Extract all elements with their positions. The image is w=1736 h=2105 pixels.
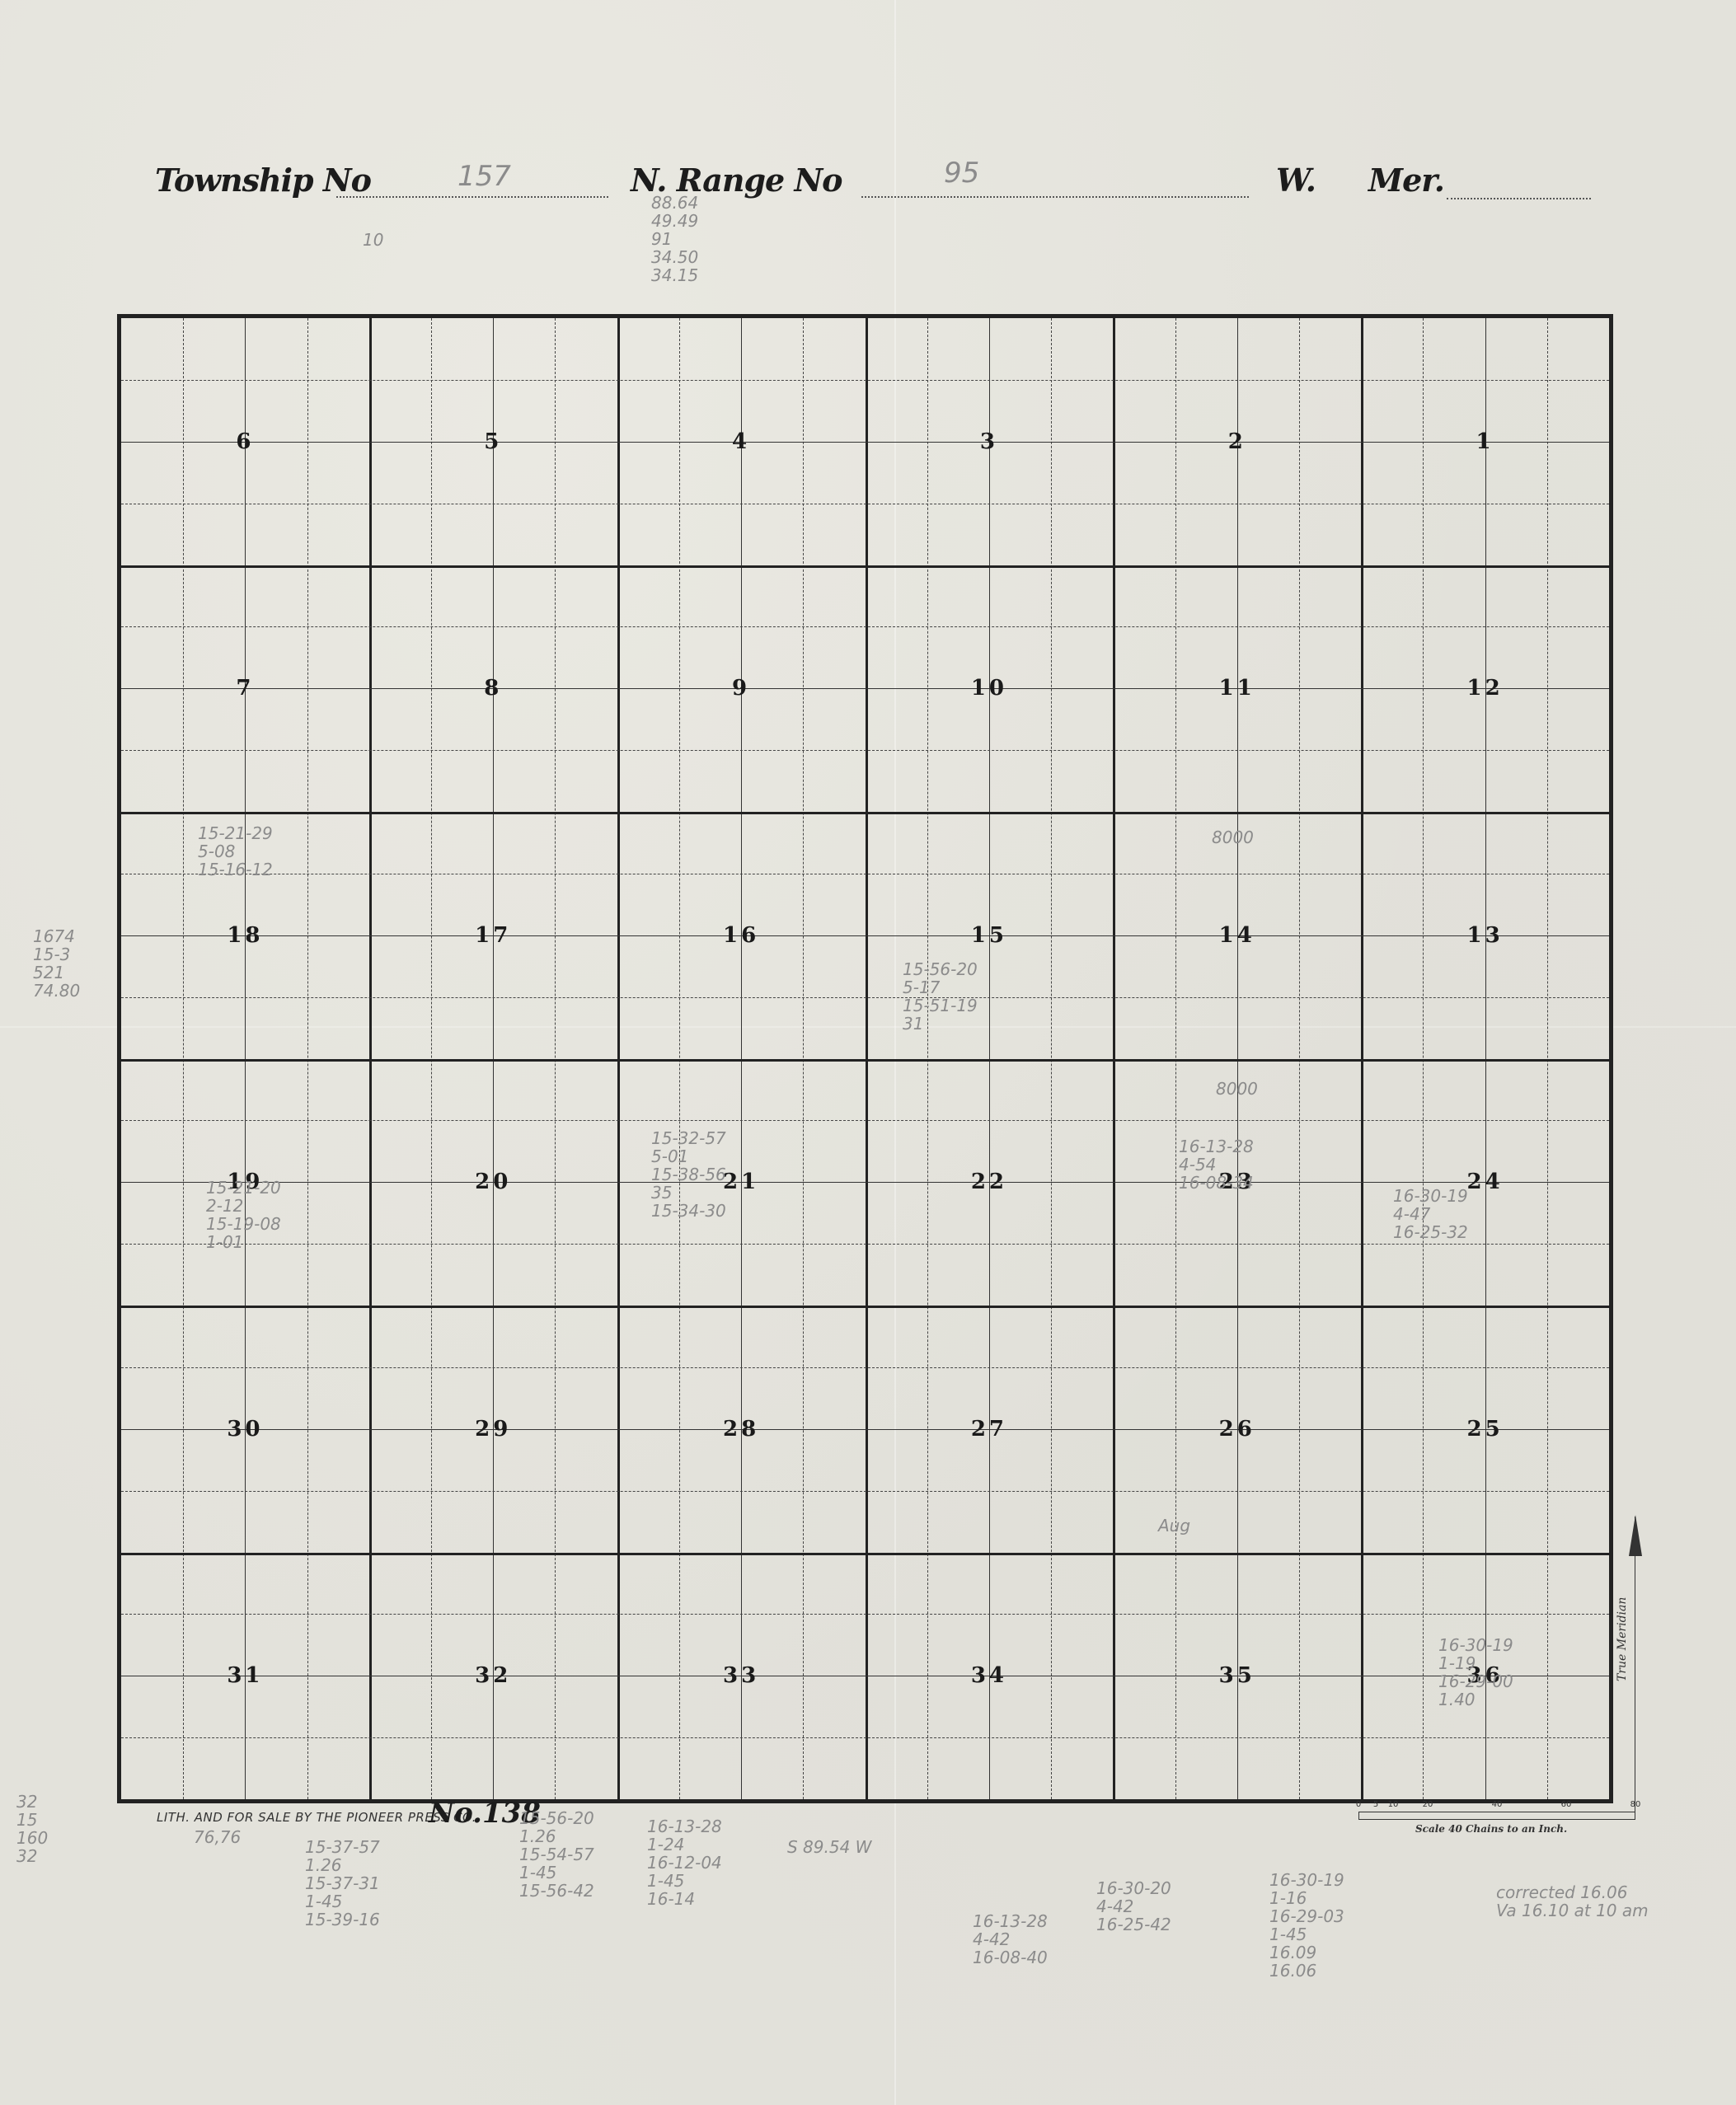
- section-number: 22: [971, 1170, 1007, 1194]
- pencil-note-bottom-right-calc-1: 16-13-28 4-42 16-08-40: [973, 1912, 1048, 1967]
- pencil-note-sec-21-note: 15-32-57 5-01 15-38-56 35 15-34-30: [651, 1129, 726, 1220]
- meridian-header-label: Mer.: [1368, 162, 1444, 199]
- range-value: 95: [944, 158, 979, 189]
- section-line-horizontal: [121, 1553, 1609, 1555]
- section-number: 5: [484, 429, 502, 454]
- direction-label: W.: [1276, 162, 1316, 199]
- section-number: 31: [227, 1663, 263, 1688]
- pencil-note-sec-15-note: 15-56-20 5-17 15-51-19 31: [903, 960, 978, 1033]
- township-label: Township No: [155, 162, 371, 199]
- section-number: 3: [980, 429, 998, 454]
- scale-tick-label: 0: [1356, 1800, 1361, 1809]
- section-line-horizontal: [121, 1306, 1609, 1308]
- sixteenth-line-horizontal: [121, 997, 1609, 998]
- pencil-note-bottom-circled-calc: 16-13-28 1-24 16-12-04 1-45 16-14: [647, 1817, 722, 1908]
- sixteenth-line-horizontal: [121, 1737, 1609, 1738]
- township-value: 157: [457, 162, 511, 192]
- pencil-note-bottom-right-calc-3: 16-30-19 1-16 16-29-03 1-45 16.09 16.06: [1269, 1871, 1344, 1980]
- section-number: 8: [484, 676, 502, 701]
- quarter-line-horizontal: [121, 1429, 1609, 1430]
- quarter-line-horizontal: [121, 442, 1609, 443]
- sixteenth-line-horizontal: [121, 380, 1609, 381]
- true-meridian-label: True Meridian: [1616, 1597, 1629, 1681]
- section-number: 17: [475, 923, 511, 948]
- scale-caption: Scale 40 Chains to an Inch.: [1415, 1823, 1567, 1835]
- pencil-note-sec-18-note: 15-21-29 5-08 15-16-12: [198, 824, 273, 879]
- sixteenth-line-horizontal: [121, 1367, 1609, 1368]
- section-number: 16: [723, 923, 759, 948]
- section-number: 14: [1219, 923, 1255, 948]
- section-number: 20: [475, 1170, 511, 1194]
- pencil-note-top-calc: 88.64 49.49 91 34.50 34.15: [651, 194, 698, 284]
- scale-bar: [1358, 1812, 1635, 1820]
- scale-tick-label: 40: [1492, 1800, 1503, 1809]
- section-number: 12: [1466, 676, 1503, 701]
- section-number: 7: [236, 676, 254, 701]
- pencil-note-bottom-left-calc: 15-37-57 1.26 15-37-31 1-45 15-39-16: [305, 1838, 380, 1929]
- quarter-line-horizontal: [121, 688, 1609, 689]
- scale-tick-label: 20: [1423, 1800, 1433, 1809]
- pencil-note-sec-14-bottom: 8000: [1216, 1080, 1258, 1098]
- scale-tick-label: 5: [1373, 1800, 1378, 1809]
- pencil-note-sec-23-note: 16-13-28 4-54 16-08-34: [1179, 1137, 1254, 1192]
- section-number: 18: [227, 923, 263, 948]
- pencil-note-bottom-right-calc-2: 16-30-20 4-42 16-25-42: [1096, 1879, 1171, 1934]
- section-number: 24: [1466, 1170, 1503, 1194]
- pencil-note-sec-26-aug: Aug: [1158, 1517, 1190, 1535]
- section-line-horizontal: [121, 812, 1609, 814]
- section-number: 28: [723, 1417, 759, 1442]
- pencil-note-sec-11-bottom: 8000: [1212, 828, 1254, 846]
- section-number: 32: [475, 1663, 511, 1688]
- pencil-note-left-margin-calc: 1674 15-3 521 74.80: [33, 927, 80, 1000]
- pencil-note-sec-36-note: 16-30-19 1-19 16-29-00 1.40: [1438, 1636, 1513, 1709]
- pencil-note-sec-19-note: 15-21-20 2-12 15-19-08 1-01: [206, 1179, 281, 1251]
- section-number: 1: [1476, 429, 1494, 454]
- section-number: 13: [1466, 923, 1503, 948]
- meridian-dotted-line: [1447, 198, 1591, 199]
- scale-tick-label: 60: [1561, 1800, 1572, 1809]
- pencil-note-bottom-mid-calc: 15-56-20 1.26 15-54-57 1-45 15-56-42: [519, 1809, 594, 1900]
- pencil-note-bottom-bearing: S 89.54 W: [787, 1838, 871, 1856]
- section-number: 21: [723, 1170, 759, 1194]
- section-number: 11: [1219, 676, 1255, 701]
- scale-tick-label: 80: [1630, 1800, 1641, 1809]
- true-meridian-line: [1635, 1517, 1635, 1813]
- section-number: 27: [971, 1417, 1007, 1442]
- section-number: 15: [971, 923, 1007, 948]
- section-number: 4: [732, 429, 750, 454]
- section-number: 2: [1228, 429, 1246, 454]
- pencil-note-sec-24-note: 16-30-19 4-47 16-25-32: [1393, 1187, 1468, 1241]
- section-number: 34: [971, 1663, 1007, 1688]
- pencil-note-circled-10: 10: [363, 231, 383, 249]
- scale-tick-labels: 051020406080: [1358, 1800, 1639, 1812]
- township-dotted-line: [336, 196, 608, 198]
- section-number: 6: [236, 429, 254, 454]
- sixteenth-line-horizontal: [121, 1244, 1609, 1245]
- section-line-horizontal: [121, 565, 1609, 568]
- sixteenth-line-horizontal: [121, 504, 1609, 504]
- sixteenth-line-horizontal: [121, 626, 1609, 627]
- sixteenth-line-horizontal: [121, 1614, 1609, 1615]
- quarter-line-horizontal: [121, 935, 1609, 936]
- north-arrow-icon: [1629, 1515, 1642, 1556]
- quarter-line-horizontal: [121, 1182, 1609, 1183]
- quarter-line-horizontal: [121, 1676, 1609, 1676]
- sixteenth-line-horizontal: [121, 874, 1609, 874]
- pencil-note-bottom-right-remark: corrected 16.06 Va 16.10 at 10 am: [1496, 1883, 1649, 1920]
- sixteenth-line-horizontal: [121, 1491, 1609, 1492]
- sixteenth-line-horizontal: [121, 1120, 1609, 1121]
- section-number: 10: [971, 676, 1007, 701]
- section-number: 9: [732, 676, 750, 701]
- section-number: 30: [227, 1417, 263, 1442]
- section-number: 25: [1466, 1417, 1503, 1442]
- township-grid: 6543217891011121817161514131920212223243…: [117, 314, 1613, 1803]
- section-line-horizontal: [121, 1059, 1609, 1062]
- pencil-note-below-credit: 76,76: [194, 1828, 241, 1846]
- range-dotted-line: [861, 196, 1249, 198]
- pencil-note-left-bottom-calc: 32 15 160 32: [16, 1793, 48, 1865]
- section-number: 33: [723, 1663, 759, 1688]
- section-number: 35: [1219, 1663, 1255, 1688]
- section-number: 26: [1219, 1417, 1255, 1442]
- sixteenth-line-horizontal: [121, 750, 1609, 751]
- scale-tick-label: 10: [1388, 1800, 1399, 1809]
- section-number: 29: [475, 1417, 511, 1442]
